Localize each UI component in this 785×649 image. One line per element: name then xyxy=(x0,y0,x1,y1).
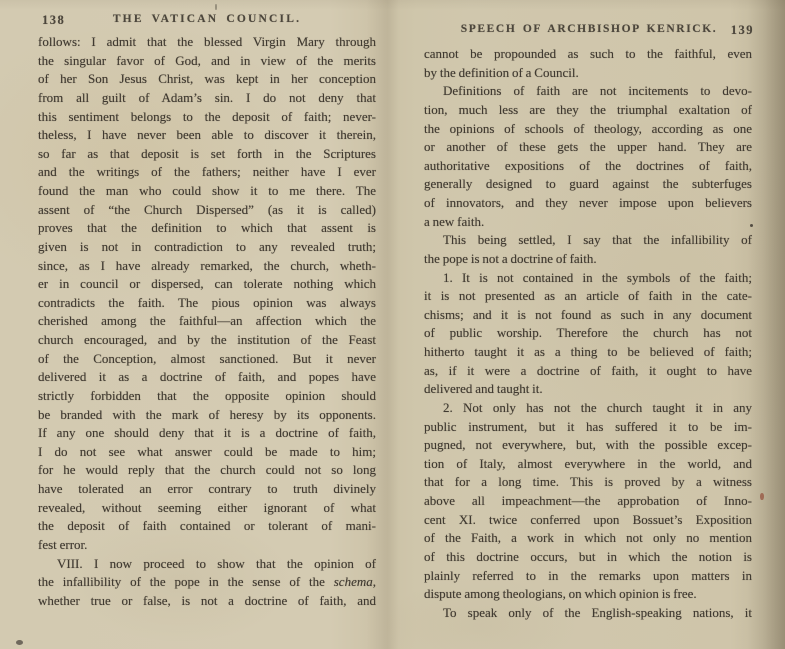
right-page-text: cannot be propounded as such to the fait… xyxy=(424,45,752,622)
text-line: cannot be propounded as such to the fait… xyxy=(424,45,752,64)
text-line: the singular favor of God, and in view o… xyxy=(38,52,376,71)
text-line: given is not in contradiction to any rev… xyxy=(38,238,376,257)
text-line: the opinions of schools of theology, acc… xyxy=(424,120,752,139)
text-line: the deposit of faith contained or tolera… xyxy=(38,517,376,536)
text-line: delivered and taught it. xyxy=(424,380,752,399)
text-line: as, if it were a doctrine of faith, it o… xyxy=(424,362,752,381)
text-line: that for a long time. This is proved by … xyxy=(424,473,752,492)
text-line: the pope is not a doctrine of faith. xyxy=(424,250,752,269)
text-line: the infallibility of the pope in the sen… xyxy=(38,573,376,592)
text-line: contradicts the faith. The pious opinion… xyxy=(38,294,376,313)
text-line: er in council or dispersed, can tolerate… xyxy=(38,275,376,294)
text-line: of the Conception, almost sanctioned. Bu… xyxy=(38,350,376,369)
text-line: chisms; and it is not found as such in a… xyxy=(424,306,752,325)
right-page-header: SPEECH OF ARCHBISHOP KENRICK. 139 xyxy=(424,23,754,35)
text-line: If any one should deny that it is a doct… xyxy=(38,424,376,443)
text-line: theless, I have never been able to disco… xyxy=(38,126,376,145)
text-line: a new faith. xyxy=(424,213,752,232)
right-page-number: 139 xyxy=(731,23,754,38)
text-line: authoritative expositions of the doctrin… xyxy=(424,157,752,176)
text-line: I do not see what answer could be made t… xyxy=(38,443,376,462)
text-line: be branded with the mark of heresy by it… xyxy=(38,406,376,425)
page-edge-shadow xyxy=(748,0,785,649)
text-line: public instrument, but it has suffered i… xyxy=(424,418,752,437)
text-line: from all guilt of Adam’s sin. I do not d… xyxy=(38,89,376,108)
text-line: VIII. I now proceed to show that the opi… xyxy=(38,555,376,574)
left-page-header: 138 THE VATICAN COUNCIL. xyxy=(38,13,376,25)
text-line: of this doctrine occurs, but in which th… xyxy=(424,548,752,567)
text-line: To speak only of the English-speaking na… xyxy=(424,604,752,623)
text-line: This being settled, I say that the infal… xyxy=(424,231,752,250)
text-line: plainly referred to in the remarks upon … xyxy=(424,567,752,586)
text-line: pugned, not everywhere, but, with the po… xyxy=(424,436,752,455)
text-line: for he would reply that the church could… xyxy=(38,461,376,480)
text-line: since, as I have already remarked, the c… xyxy=(38,257,376,276)
text-line: and the writings of the fathers; neither… xyxy=(38,163,376,182)
text-line: proves that the definition to which that… xyxy=(38,219,376,238)
text-line: this sentiment belongs to the deposit of… xyxy=(38,108,376,127)
paper-speck xyxy=(760,493,764,500)
paper-speck xyxy=(215,4,217,10)
text-line: generally designed to guard against the … xyxy=(424,175,752,194)
text-line: by the definition of a Council. xyxy=(424,64,752,83)
text-line: cent XI. twice conferred upon Bossuet’s … xyxy=(424,511,752,530)
book-scan: 138 THE VATICAN COUNCIL. SPEECH OF ARCHB… xyxy=(0,0,785,649)
text-line: revealed, without seeming either ignoran… xyxy=(38,499,376,518)
text-line: have tolerated an error contrary to trut… xyxy=(38,480,376,499)
text-line: of innovators, and they never impose upo… xyxy=(424,194,752,213)
right-running-title: SPEECH OF ARCHBISHOP KENRICK. xyxy=(424,23,754,35)
text-line: cherished among the faithful—an affectio… xyxy=(38,312,376,331)
left-page-text: follows: I admit that the blessed Virgin… xyxy=(38,33,376,610)
text-line: Definitions of faith are not incitements… xyxy=(424,82,752,101)
text-line: of her Son Jesus Christ, was kept in her… xyxy=(38,70,376,89)
paper-speck xyxy=(16,640,23,645)
text-line: hitherto taught it as a thing to be beli… xyxy=(424,343,752,362)
text-line: of the Faith, a work in which not only n… xyxy=(424,529,752,548)
text-line: delivered it as a doctrine of faith, and… xyxy=(38,368,376,387)
text-line: whether true or false, is not a doctrine… xyxy=(38,592,376,611)
text-line: found the man who could show it to me th… xyxy=(38,182,376,201)
text-line: dispute among theologians, on which opin… xyxy=(424,585,752,604)
left-running-title: THE VATICAN COUNCIL. xyxy=(38,13,376,25)
left-page-number: 138 xyxy=(42,13,65,28)
text-line: church encouraged, and by the institutio… xyxy=(38,331,376,350)
text-line: so far as that deposit is set forth in t… xyxy=(38,145,376,164)
text-line: assent of “the Church Dispersed” (as it … xyxy=(38,201,376,220)
text-line: or another of these gets the upper hand.… xyxy=(424,138,752,157)
text-line: tion of Italy, almost everywhere in the … xyxy=(424,455,752,474)
text-line: fest error. xyxy=(38,536,376,555)
text-line: of public worship. Therefore the church … xyxy=(424,324,752,343)
text-line: 1. It is not contained in the symbols of… xyxy=(424,269,752,288)
text-line: strictly forbidden that the opposite opi… xyxy=(38,387,376,406)
text-line: 2. Not only has not the church taught it… xyxy=(424,399,752,418)
text-line: tion, much less are they the triumphal e… xyxy=(424,101,752,120)
text-line: follows: I admit that the blessed Virgin… xyxy=(38,33,376,52)
text-line: above all impeachment—the approbation of… xyxy=(424,492,752,511)
text-line: it is not presented as an article of fai… xyxy=(424,287,752,306)
